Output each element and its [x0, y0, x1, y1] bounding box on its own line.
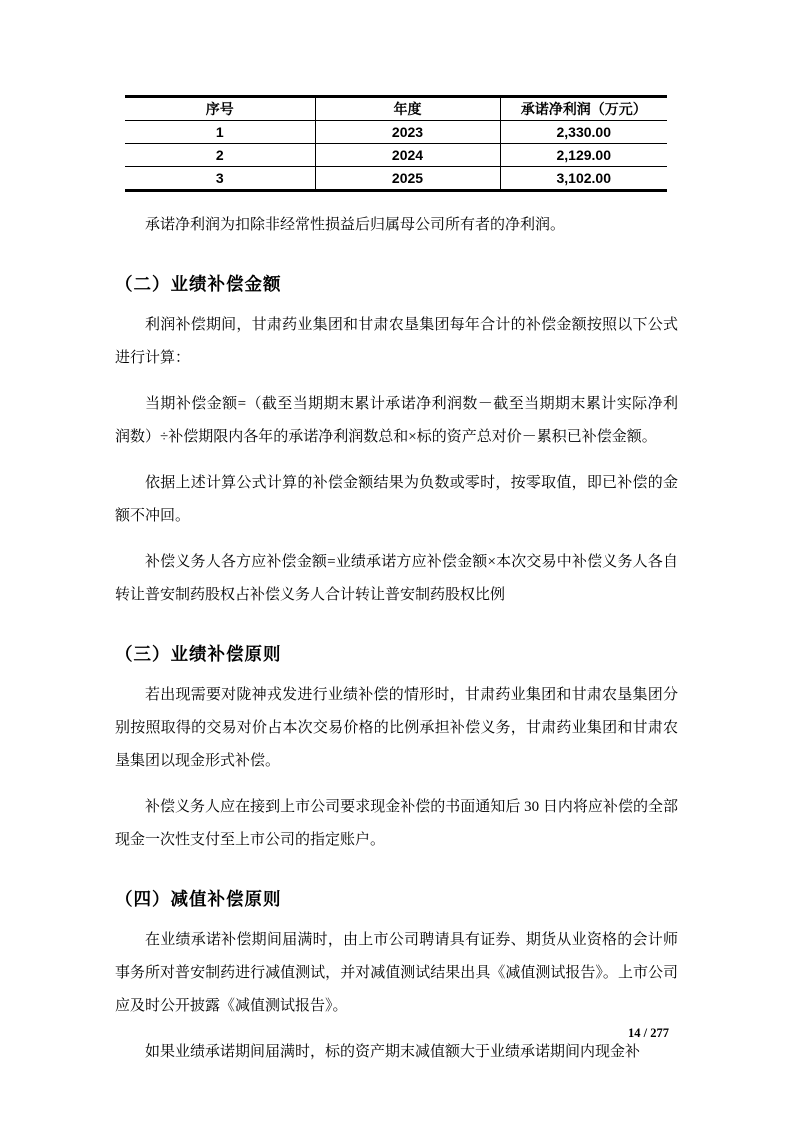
paragraph: 补偿义务人应在接到上市公司要求现金补偿的书面通知后 30 日内将应补偿的全部现金… [115, 791, 678, 857]
paragraph: 依据上述计算公式计算的补偿金额结果为负数或零时，按零取值，即已补偿的金额不冲回。 [115, 467, 678, 533]
section-heading: （四）减值补偿原则 [115, 886, 678, 911]
paragraph: 利润补偿期间，甘肃药业集团和甘肃农垦集团每年合计的补偿金额按照以下公式进行计算： [115, 309, 678, 375]
page-content: 序号年度承诺净利润（万元） 120232,330.00220242,129.00… [115, 95, 678, 1082]
table-cell: 2,129.00 [500, 144, 667, 167]
table-header-cell: 承诺净利润（万元） [500, 97, 667, 121]
table-header-cell: 年度 [315, 97, 500, 121]
table-header-row: 序号年度承诺净利润（万元） [125, 97, 667, 121]
table-row: 320253,102.00 [125, 167, 667, 191]
document-page: 序号年度承诺净利润（万元） 120232,330.00220242,129.00… [0, 0, 793, 1122]
paragraph: 当期补偿金额=（截至当期期末累计承诺净利润数－截至当期期末累计实际净利润数）÷补… [115, 388, 678, 454]
sections: （二）业绩补偿金额利润补偿期间，甘肃药业集团和甘肃农垦集团每年合计的补偿金额按照… [115, 271, 678, 1069]
document-section: （二）业绩补偿金额利润补偿期间，甘肃药业集团和甘肃农垦集团每年合计的补偿金额按照… [115, 271, 678, 612]
table-cell: 2024 [315, 144, 500, 167]
table-header-cell: 序号 [125, 97, 315, 121]
table-cell: 2025 [315, 167, 500, 191]
section-heading: （二）业绩补偿金额 [115, 271, 678, 296]
table-cell: 2023 [315, 121, 500, 144]
note-paragraph: 承诺净利润为扣除非经常性损益后归属母公司所有者的净利润。 [115, 209, 678, 242]
paragraph: 在业绩承诺补偿期间届满时，由上市公司聘请具有证券、期货从业资格的会计师事务所对普… [115, 924, 678, 1023]
paragraph: 若出现需要对陇神戎发进行业绩补偿的情形时，甘肃药业集团和甘肃农垦集团分别按照取得… [115, 679, 678, 778]
table-body: 120232,330.00220242,129.00320253,102.00 [125, 121, 667, 191]
paragraph: 如果业绩承诺期间届满时，标的资产期末减值额大于业绩承诺期间内现金补 [115, 1036, 678, 1069]
profit-commitment-table: 序号年度承诺净利润（万元） 120232,330.00220242,129.00… [125, 95, 667, 192]
table-cell: 1 [125, 121, 315, 144]
table-cell: 2 [125, 144, 315, 167]
document-section: （三）业绩补偿原则若出现需要对陇神戎发进行业绩补偿的情形时，甘肃药业集团和甘肃农… [115, 641, 678, 857]
document-section: （四）减值补偿原则在业绩承诺补偿期间届满时，由上市公司聘请具有证券、期货从业资格… [115, 886, 678, 1069]
section-heading: （三）业绩补偿原则 [115, 641, 678, 666]
table-cell: 2,330.00 [500, 121, 667, 144]
table-row: 220242,129.00 [125, 144, 667, 167]
paragraph: 补偿义务人各方应补偿金额=业绩承诺方应补偿金额×本次交易中补偿义务人各自转让普安… [115, 546, 678, 612]
table-cell: 3,102.00 [500, 167, 667, 191]
table-cell: 3 [125, 167, 315, 191]
page-number: 14 / 277 [628, 1026, 669, 1041]
table-row: 120232,330.00 [125, 121, 667, 144]
